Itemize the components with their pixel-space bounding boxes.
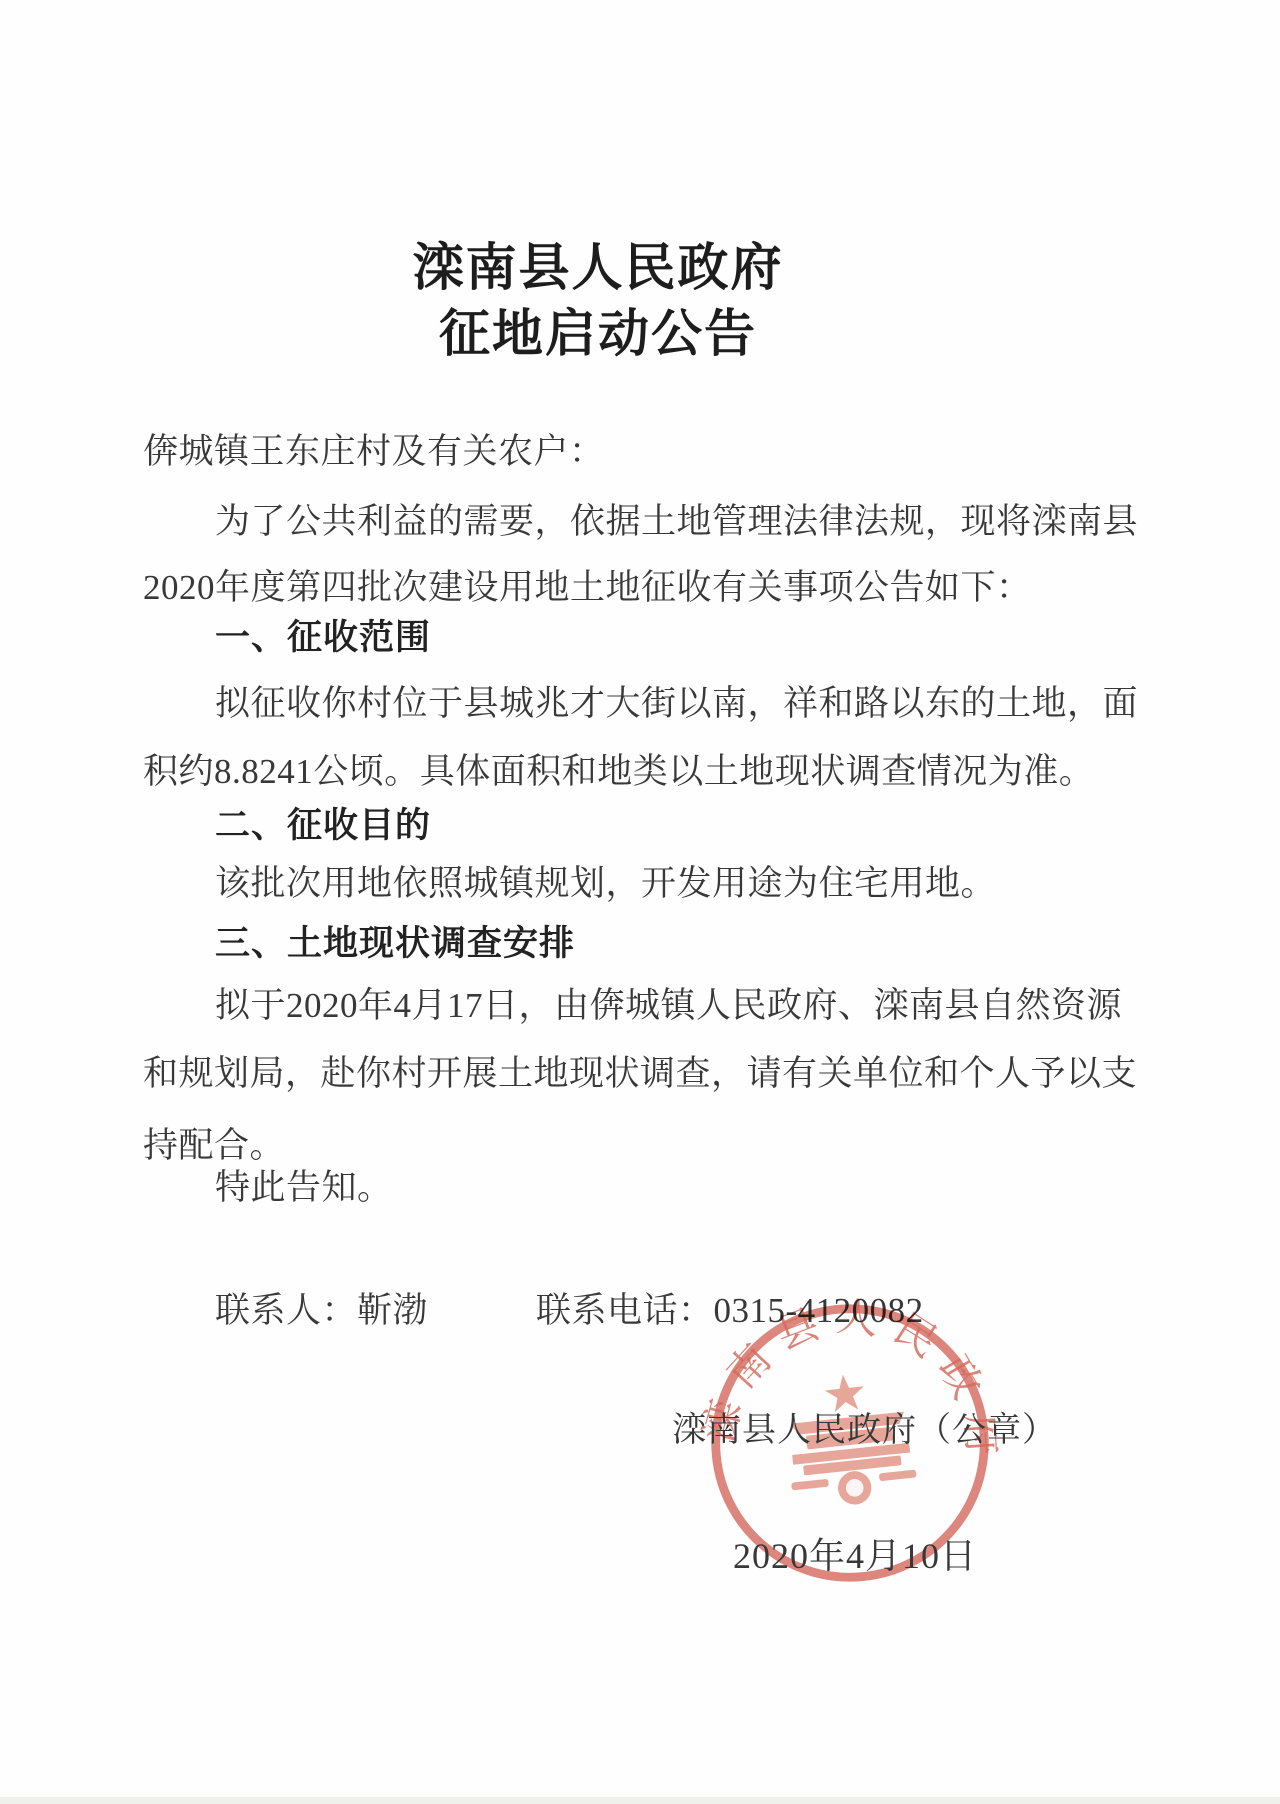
closing-line: 特此告知。 xyxy=(215,1160,393,1210)
paragraph-line: 积约8.8241公顷。具体面积和地类以土地现状调查情况为准。 xyxy=(143,744,1094,794)
section-heading-3: 三、土地现状调查安排 xyxy=(215,916,575,966)
paragraph-line: 该批次用地依照城镇规划，开发用途为住宅用地。 xyxy=(215,856,996,906)
section-heading-2: 二、征收目的 xyxy=(215,798,431,848)
title-line-1: 滦南县人民政府 xyxy=(0,226,1196,300)
title-line-2: 征地启动公告 xyxy=(0,292,1196,366)
salutation-line: 倴城镇王东庄村及有关农户： xyxy=(143,424,605,474)
paragraph-line: 拟征收你村位于县城兆才大街以南，祥和路以东的土地，面 xyxy=(215,676,1138,726)
section-heading-1: 一、征收范围 xyxy=(215,610,431,660)
paragraph-line: 拟于2020年4月17日，由倴城镇人民政府、滦南县自然资源 xyxy=(215,978,1122,1028)
issuer-line: 滦南县人民政府（公章） xyxy=(672,1402,1057,1451)
date-line: 2020年4月10日 xyxy=(733,1528,977,1579)
paragraph-line: 为了公共利益的需要，依据土地管理法律法规，现将滦南县 xyxy=(215,494,1138,544)
paragraph-line: 2020年度第四批次建设用地土地征收有关事项公告如下： xyxy=(143,560,1032,610)
page-bottom-edge xyxy=(0,1797,1280,1804)
contact-person: 联系人：靳渤 xyxy=(215,1291,428,1330)
paragraph-line: 和规划局，赴你村开展土地现状调查，请有关单位和个人予以支 xyxy=(143,1046,1137,1096)
announcement-document: 滦南县人民政府 征地启动公告 倴城镇王东庄村及有关农户： 为了公共利益的需要，依… xyxy=(0,0,1280,1804)
